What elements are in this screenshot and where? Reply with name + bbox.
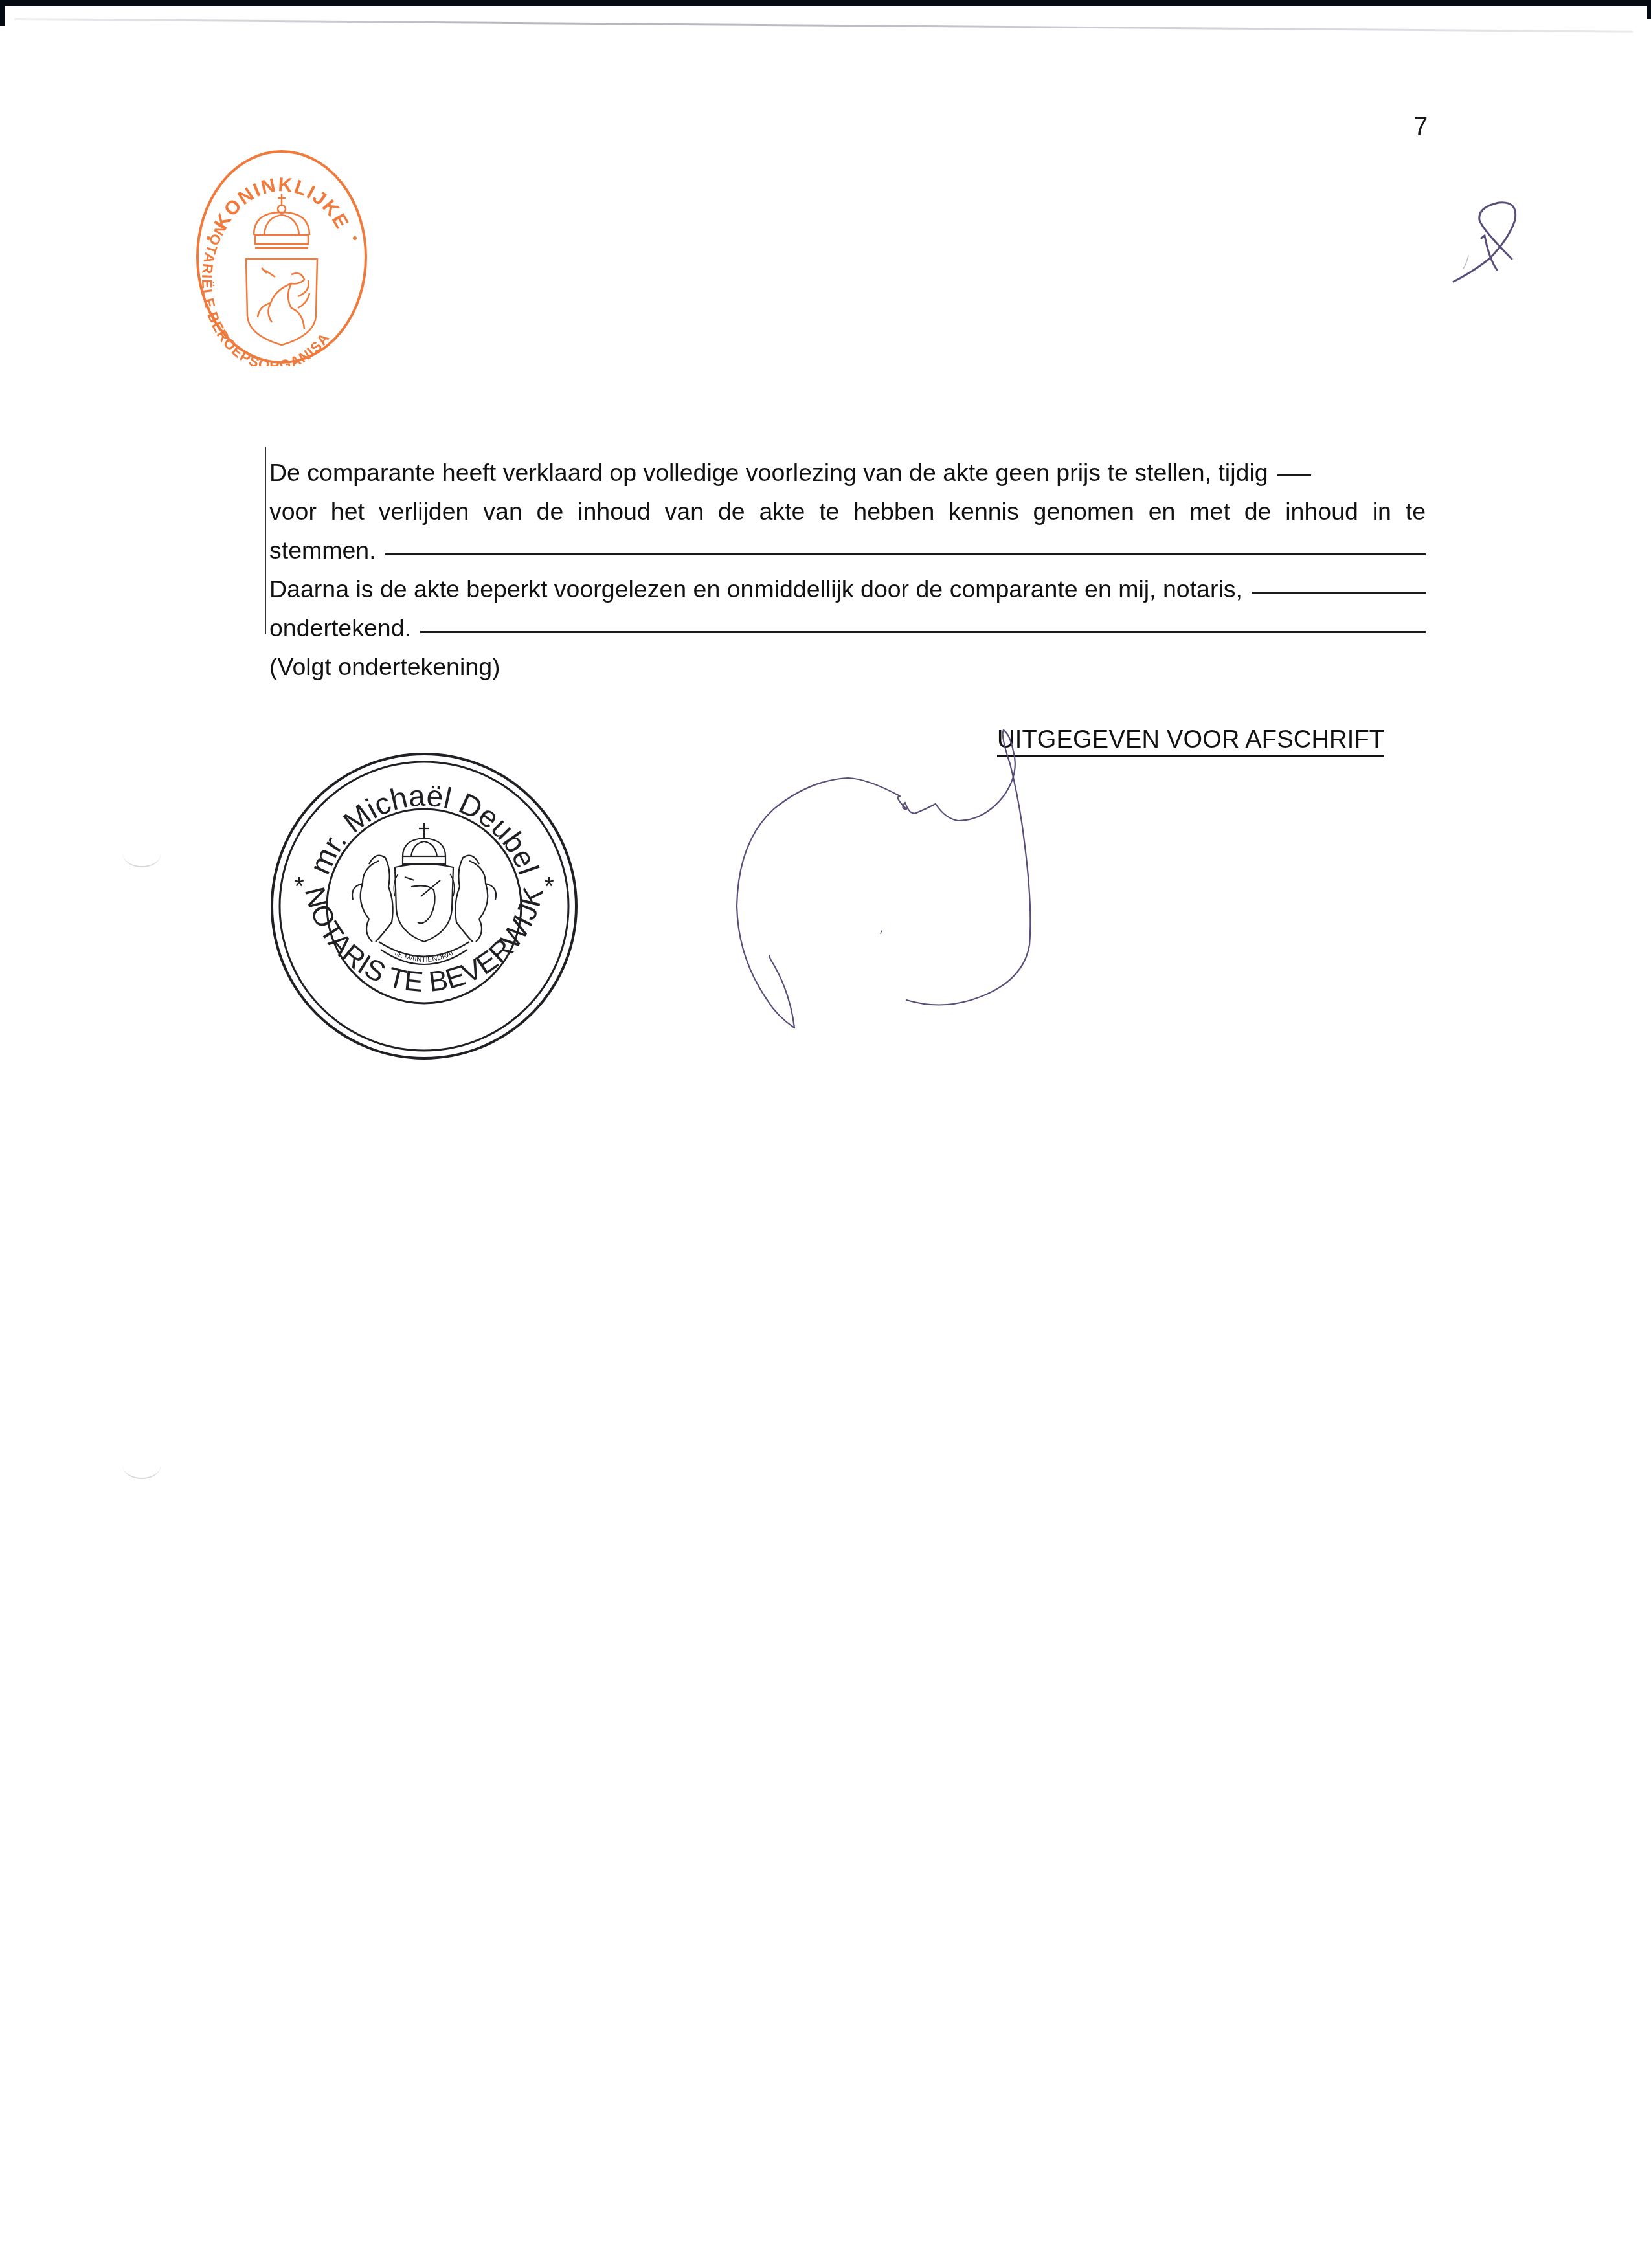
margin-bar xyxy=(265,447,266,634)
text-line: stemmen. xyxy=(269,531,1426,570)
scan-edge-left xyxy=(0,0,5,26)
fold-line xyxy=(14,18,1633,33)
filler-line xyxy=(385,553,1426,555)
knb-seal-icon: KONINKLIJKE NOTARIËLE BEROEPSORGANISATIE xyxy=(194,148,369,366)
scan-edge xyxy=(0,0,1651,6)
scan-edge-right xyxy=(1647,0,1651,19)
filler-dash xyxy=(1252,592,1426,594)
punch-hole-bottom xyxy=(123,1453,161,1479)
page-number: 7 xyxy=(1413,113,1428,142)
filler-dash xyxy=(1277,474,1311,476)
text-line: voor het verlijden van de inhoud van de … xyxy=(269,492,1426,531)
text-line: ondertekend. xyxy=(269,608,1426,647)
initials-paraaf-icon xyxy=(1450,194,1547,291)
signature-icon xyxy=(712,712,1327,1113)
text-line: (Volgt ondertekening) xyxy=(269,647,1426,686)
svg-text:JE MAINTIENDRAI: JE MAINTIENDRAI xyxy=(394,950,455,964)
seal-star-left: * xyxy=(294,873,304,901)
notary-seal-icon: mr. Michaël Deubel NOTARIS TE BEVERWIJK … xyxy=(265,748,583,1065)
punch-hole-top xyxy=(123,841,161,867)
deed-closing-text: De comparante heeft verklaard op volledi… xyxy=(269,453,1426,686)
text-line: De comparante heeft verklaard op volledi… xyxy=(269,453,1426,492)
seal-motto: JE MAINTIENDRAI xyxy=(394,950,455,964)
seal-star-right: * xyxy=(544,873,554,901)
text-line: Daarna is de akte beperkt voorgelezen en… xyxy=(269,570,1426,608)
filler-line xyxy=(420,631,1426,633)
